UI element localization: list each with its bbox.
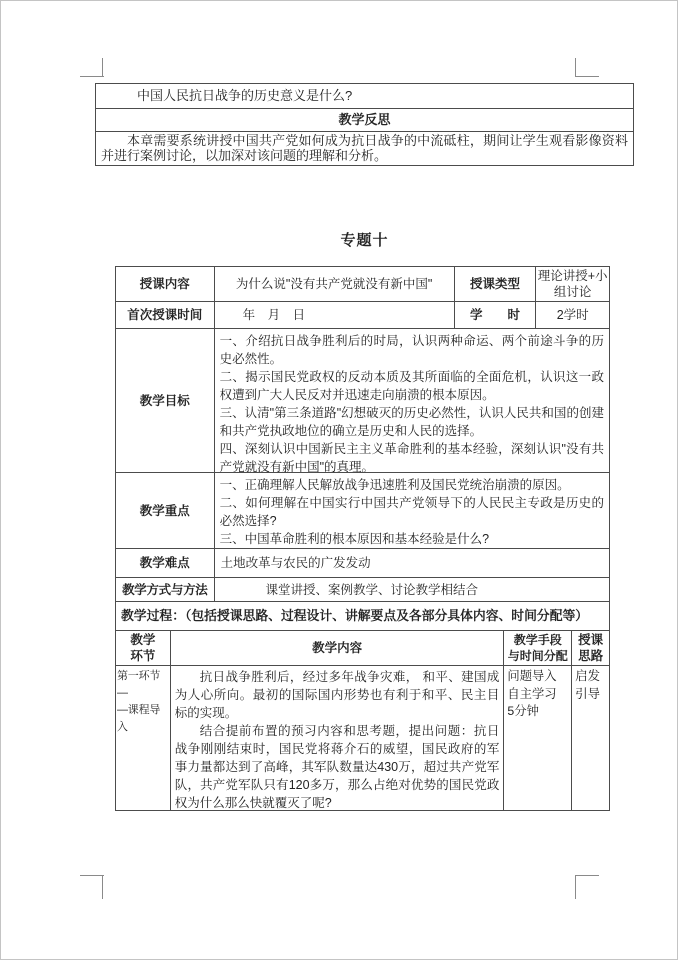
difficulties-label: 教学难点: [116, 549, 215, 577]
table-row: 教学重点 一、正确理解人民解放战争迅速胜利及国民党统治崩溃的原因。 二、如何理解…: [116, 473, 609, 549]
first-teach-time-label: 首次授课时间: [116, 302, 215, 328]
objectives-label: 教学目标: [116, 329, 215, 472]
crop-mark-top-right: [575, 76, 599, 77]
key-point-item: 三、中国革命胜利的根本原因和基本经验是什么?: [220, 530, 604, 548]
methods-label: 教学方式与方法: [116, 578, 215, 601]
process-header-approach: 授课 思路: [572, 631, 609, 665]
process-content-paragraph: 抗日战争胜利后，经过多年战争灾难， 和平、建国成为人心所向。最初的国际国内形势也…: [175, 668, 500, 722]
process-header-content: 教学内容: [171, 631, 505, 665]
first-teach-time-value: 年 月 日: [215, 302, 455, 328]
objective-item: 二、揭示国民党政权的反动本质及其所面临的全面危机，认识这一政权遭到广大人民反对并…: [220, 368, 604, 404]
lesson-plan-table: 授课内容 为什么说"没有共产党就没有新中国" 授课类型 理论讲授+小组讨论 首次…: [115, 266, 610, 811]
document-page: 中国人民抗日战争的历史意义是什么? 教学反思 本章需要系统讲授中国共产党如何成为…: [0, 0, 678, 960]
process-header-row: 教学 环节 教学内容 教学手段 与时间分配 授课 思路: [116, 631, 609, 666]
table-row: 教学目标 一、介绍抗日战争胜利后的时局，认识两种命运、两个前途斗争的历史必然性。…: [116, 329, 609, 473]
key-points-value: 一、正确理解人民解放战争迅速胜利及国民党统治崩溃的原因。 二、如何理解在中国实行…: [215, 473, 609, 548]
crop-mark-top-left: [80, 76, 104, 77]
process-approach: 启发 引导: [572, 666, 609, 810]
crop-mark-bottom-right: [575, 875, 599, 876]
key-point-item: 一、正确理解人民解放战争迅速胜利及国民党统治崩溃的原因。: [220, 476, 604, 494]
process-row: 第一环节— —课程导入 抗日战争胜利后，经过多年战争灾难， 和平、建国成为人心所…: [116, 666, 609, 810]
methods-value: 课堂讲授、案例教学、讨论教学相结合: [215, 578, 609, 601]
reflection-header: 教学反思: [96, 109, 633, 131]
course-type-label: 授课类型: [455, 267, 537, 301]
process-content-paragraph: 结合提前布置的预习内容和思考题，提出问题：抗日战争刚刚结束时，国民党将蒋介石的威…: [175, 722, 500, 810]
teaching-content-value: 为什么说"没有共产党就没有新中国": [215, 267, 455, 301]
crop-mark-bottom-left: [80, 875, 104, 876]
process-content: 抗日战争胜利后，经过多年战争灾难， 和平、建国成为人心所向。最初的国际国内形势也…: [171, 666, 505, 810]
crop-mark-top-right: [575, 58, 576, 77]
key-point-item: 二、如何理解在中国实行中国共产党领导下的人民民主专政是历史的必然选择?: [220, 494, 604, 530]
table-row: 教学难点 土地改革与农民的广发发动: [116, 549, 609, 578]
reflection-table: 中国人民抗日战争的历史意义是什么? 教学反思 本章需要系统讲授中国共产党如何成为…: [95, 83, 634, 166]
course-type-value: 理论讲授+小组讨论: [536, 267, 609, 301]
teaching-content-label: 授课内容: [116, 267, 215, 301]
section-title: 专题十: [95, 229, 634, 250]
crop-mark-bottom-left: [102, 875, 103, 899]
reflection-question: 中国人民抗日战争的历史意义是什么?: [96, 84, 633, 108]
process-stage: 第一环节— —课程导入: [116, 666, 171, 810]
credit-hours-label: 学 时: [455, 302, 537, 328]
crop-mark-top-left: [102, 58, 103, 77]
key-points-label: 教学重点: [116, 473, 215, 548]
crop-mark-bottom-right: [575, 875, 576, 899]
table-row: 教学方式与方法 课堂讲授、案例教学、讨论教学相结合: [116, 578, 609, 602]
difficulties-value: 土地改革与农民的广发发动: [215, 549, 609, 577]
credit-hours-value: 2学时: [536, 302, 609, 328]
table-row: 授课内容 为什么说"没有共产党就没有新中国" 授课类型 理论讲授+小组讨论: [116, 267, 609, 302]
process-title: 教学过程：（包括授课思路、过程设计、讲解要点及各部分具体内容、时间分配等）: [116, 602, 609, 630]
table-row: 教学过程：（包括授课思路、过程设计、讲解要点及各部分具体内容、时间分配等）: [116, 602, 609, 631]
process-means-time: 问题导入 自主学习 5分钟: [504, 666, 572, 810]
objective-item: 一、介绍抗日战争胜利后的时局，认识两种命运、两个前途斗争的历史必然性。: [220, 332, 604, 368]
process-header-means-time: 教学手段 与时间分配: [504, 631, 572, 665]
objectives-value: 一、介绍抗日战争胜利后的时局，认识两种命运、两个前途斗争的历史必然性。 二、揭示…: [215, 329, 609, 472]
objective-item: 三、认清"第三条道路"幻想破灭的历史必然性，认识人民共和国的创建和共产党执政地位…: [220, 404, 604, 440]
objective-item: 四、深刻认识中国新民主主义革命胜利的基本经验，深刻认识"没有共产党就没有新中国"…: [220, 440, 604, 472]
table-row: 首次授课时间 年 月 日 学 时 2学时: [116, 302, 609, 329]
reflection-body: 本章需要系统讲授中国共产党如何成为抗日战争的中流砥柱，期间让学生观看影像资料并进…: [96, 132, 633, 165]
process-header-stage: 教学 环节: [116, 631, 171, 665]
